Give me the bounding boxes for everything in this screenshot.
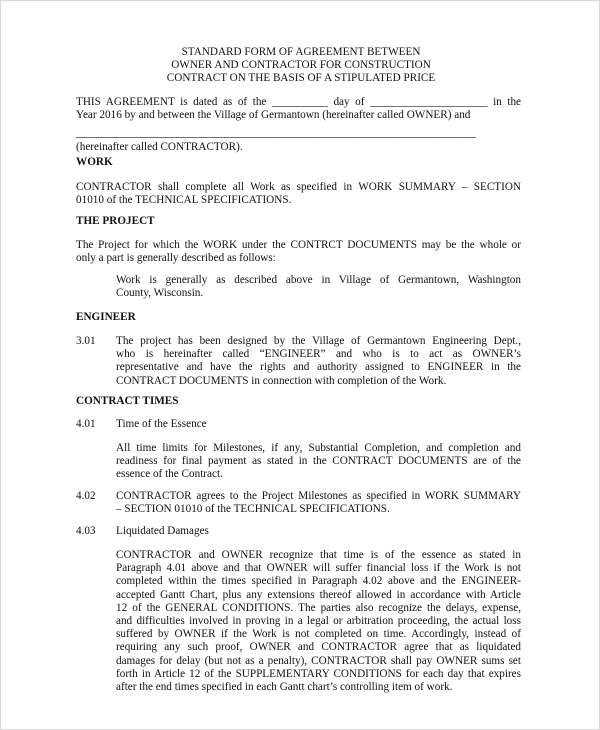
clause-line: Paragraph 4.01 above and that OWNER will…	[116, 562, 521, 575]
section-heading-engineer: ENGINEER	[76, 311, 136, 324]
clause-line: and difficulties involved in proving in …	[116, 615, 521, 628]
clause-line: representative and have the rights and a…	[116, 361, 521, 374]
title-line-3: CONTRACT ON THE BASIS OF A STIPULATED PR…	[1, 72, 600, 85]
project-description: Work is generally as described above in …	[116, 274, 521, 300]
clause-line: who is hereinafter called “ENGINEER” and…	[116, 348, 521, 361]
document-page: STANDARD FORM OF AGREEMENT BETWEEN OWNER…	[0, 0, 600, 730]
clause-line: after the end times specified in each Ga…	[116, 681, 521, 694]
clause-line: All time limits for Milestones, if any, …	[116, 442, 521, 455]
clause-line: CONTRACTOR agrees to the Project Milesto…	[116, 490, 521, 503]
clause-line: CONTRACT DOCUMENTS in connection with co…	[116, 375, 521, 388]
intro-paragraph: THIS AGREEMENT is dated as of the ______…	[76, 96, 521, 154]
project-line-2: only a part is generally described as fo…	[76, 252, 521, 265]
section-heading-work: WORK	[76, 156, 113, 169]
clause-line: essence of the Contract.	[116, 468, 521, 481]
clause-line: forth in Article 12 of the SUPPLEMENTARY…	[116, 668, 521, 681]
project-line-1: The Project for which the WORK under the…	[76, 239, 521, 252]
clause-4-03-text: CONTRACTOR and OWNER recognize that time…	[116, 549, 521, 694]
clause-number-4-01: 4.01	[76, 418, 116, 431]
clause-line: readiness for final payment as stated in…	[116, 455, 521, 468]
work-paragraph: CONTRACTOR shall complete all Work as sp…	[76, 181, 521, 207]
clause-line: CONTRACTOR and OWNER recognize that time…	[116, 549, 521, 562]
clause-line: suffered by OWNER if the Work is not com…	[116, 628, 521, 641]
clause-line: 12 of the GENERAL CONDITIONS. The partie…	[116, 602, 521, 615]
project-desc-line-1: Work is generally as described above in …	[116, 274, 521, 287]
clause-number-3-01: 3.01	[76, 335, 116, 348]
project-desc-line-2: County, Wisconsin.	[116, 287, 521, 300]
clause-line: requiring any such proof, OWNER and CONT…	[116, 641, 521, 654]
intro-line-2: Year 2016 by and between the Village of …	[76, 109, 521, 122]
title-line-2: OWNER AND CONTRACTOR FOR CONSTRUCTION	[1, 59, 600, 72]
clause-line: The project has been designed by the Vil…	[116, 335, 521, 348]
clause-3-01-text: The project has been designed by the Vil…	[116, 335, 521, 388]
intro-line-4: (hereinafter called CONTRACTOR).	[76, 141, 521, 154]
clause-4-01-text: All time limits for Milestones, if any, …	[116, 442, 521, 482]
clause-number-4-02: 4.02	[76, 490, 116, 503]
clause-4-03-title: Liquidated Damages	[116, 525, 521, 538]
clause-line: damages for delay (but not as a penalty)…	[116, 655, 521, 668]
clause-line: completed within the times specified in …	[116, 575, 521, 588]
project-paragraph: The Project for which the WORK under the…	[76, 239, 521, 265]
clause-line: accepted Gantt Chart, plus any extension…	[116, 589, 521, 602]
contractor-name-blank: ________________________________________…	[76, 127, 521, 140]
intro-line-1: THIS AGREEMENT is dated as of the ______…	[76, 96, 521, 109]
work-line-2: 01010 of the TECHNICAL SPECIFICATIONS.	[76, 194, 521, 207]
work-line-1: CONTRACTOR shall complete all Work as sp…	[76, 181, 521, 194]
clause-4-01-title: Time of the Essence	[116, 418, 521, 431]
clause-line: – SECTION 01010 of the TECHNICAL SPECIFI…	[116, 503, 521, 516]
section-heading-contract-times: CONTRACT TIMES	[76, 395, 178, 408]
section-heading-project: THE PROJECT	[76, 215, 155, 228]
clause-number-4-03: 4.03	[76, 525, 116, 538]
clause-4-02-text: CONTRACTOR agrees to the Project Milesto…	[116, 490, 521, 516]
title-line-1: STANDARD FORM OF AGREEMENT BETWEEN	[1, 46, 600, 59]
